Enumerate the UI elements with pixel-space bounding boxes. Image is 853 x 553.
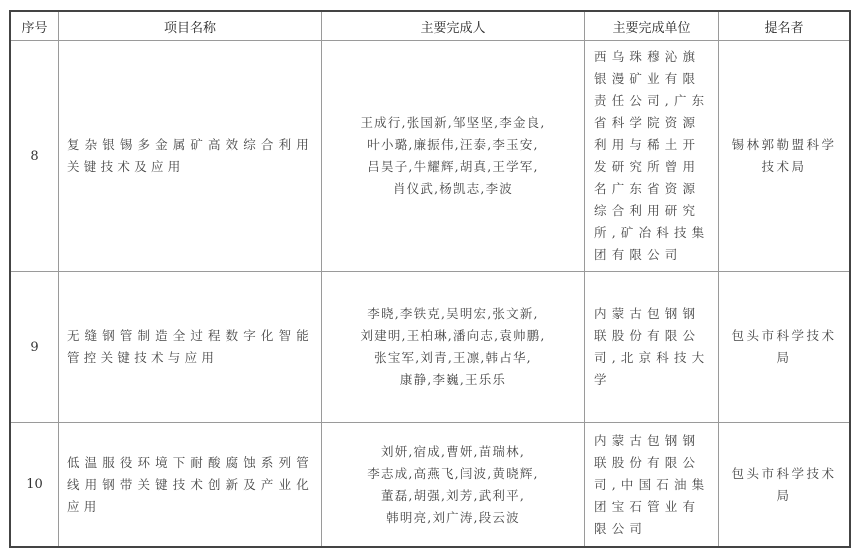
- units-cell: 西乌珠穆沁旗银漫矿业有限责任公司,广东省科学院资源利用与稀土开发研究所曾用名广东…: [585, 41, 719, 272]
- project-name: 无缝钢管制造全过程数字化智能管控关键技术与应用: [59, 325, 321, 369]
- table-row: 8 复杂银锡多金属矿高效综合利用关键技术及应用 王成行,张国新,邹坚坚,李金良,…: [10, 41, 850, 272]
- project-name: 复杂银锡多金属矿高效综合利用关键技术及应用: [59, 134, 321, 178]
- header-main-contributors: 主要完成人: [322, 11, 585, 41]
- serial-number-cell: 10: [10, 423, 59, 548]
- units: 内蒙古包钢钢联股份有限公司,北京科技大学: [585, 303, 718, 391]
- table-row: 10 低温服役环境下耐酸腐蚀系列管线用钢带关键技术创新及产业化应用 刘妍,宿成,…: [10, 423, 850, 548]
- awards-table: 序号 项目名称 主要完成人 主要完成单位 提名者 8 复杂银锡多金属矿高效综合利…: [9, 10, 851, 548]
- header-nominator: 提名者: [719, 11, 851, 41]
- units: 内蒙古包钢钢联股份有限公司,中国石油集团宝石管业有限公司: [585, 430, 718, 540]
- serial-number-cell: 9: [10, 272, 59, 423]
- nominator: 包头市科学技术局: [719, 325, 849, 369]
- nominator-cell: 锡林郭勒盟科学技术局: [719, 41, 851, 272]
- project-name-cell: 低温服役环境下耐酸腐蚀系列管线用钢带关键技术创新及产业化应用: [59, 423, 322, 548]
- units-cell: 内蒙古包钢钢联股份有限公司,北京科技大学: [585, 272, 719, 423]
- contributors-cell: 王成行,张国新,邹坚坚,李金良, 叶小璐,廉振伟,汪泰,李玉安, 吕昊子,牛耀辉…: [322, 41, 585, 272]
- nominator-cell: 包头市科学技术局: [719, 272, 851, 423]
- contributors: 王成行,张国新,邹坚坚,李金良, 叶小璐,廉振伟,汪泰,李玉安, 吕昊子,牛耀辉…: [322, 112, 584, 200]
- units: 西乌珠穆沁旗银漫矿业有限责任公司,广东省科学院资源利用与稀土开发研究所曾用名广东…: [585, 46, 718, 266]
- nominator-cell: 包头市科学技术局: [719, 423, 851, 548]
- header-serial-number: 序号: [10, 11, 59, 41]
- nominator: 锡林郭勒盟科学技术局: [719, 134, 849, 178]
- project-name-cell: 复杂银锡多金属矿高效综合利用关键技术及应用: [59, 41, 322, 272]
- nominator: 包头市科学技术局: [719, 463, 849, 507]
- project-name: 低温服役环境下耐酸腐蚀系列管线用钢带关键技术创新及产业化应用: [59, 452, 321, 518]
- header-main-units: 主要完成单位: [585, 11, 719, 41]
- serial-number-cell: 8: [10, 41, 59, 272]
- contributors: 刘妍,宿成,曹妍,苗瑞林, 李志成,高燕飞,闫波,黄晓辉, 董磊,胡强,刘芳,武…: [322, 441, 584, 529]
- contributors-cell: 李晓,李铁克,吴明宏,张文新, 刘建明,王柏琳,潘向志,袁帅鹏, 张宝军,刘青,…: [322, 272, 585, 423]
- contributors: 李晓,李铁克,吴明宏,张文新, 刘建明,王柏琳,潘向志,袁帅鹏, 张宝军,刘青,…: [322, 303, 584, 391]
- table-header-row: 序号 项目名称 主要完成人 主要完成单位 提名者: [10, 11, 850, 41]
- project-name-cell: 无缝钢管制造全过程数字化智能管控关键技术与应用: [59, 272, 322, 423]
- header-project-name: 项目名称: [59, 11, 322, 41]
- units-cell: 内蒙古包钢钢联股份有限公司,中国石油集团宝石管业有限公司: [585, 423, 719, 548]
- contributors-cell: 刘妍,宿成,曹妍,苗瑞林, 李志成,高燕飞,闫波,黄晓辉, 董磊,胡强,刘芳,武…: [322, 423, 585, 548]
- table-row: 9 无缝钢管制造全过程数字化智能管控关键技术与应用 李晓,李铁克,吴明宏,张文新…: [10, 272, 850, 423]
